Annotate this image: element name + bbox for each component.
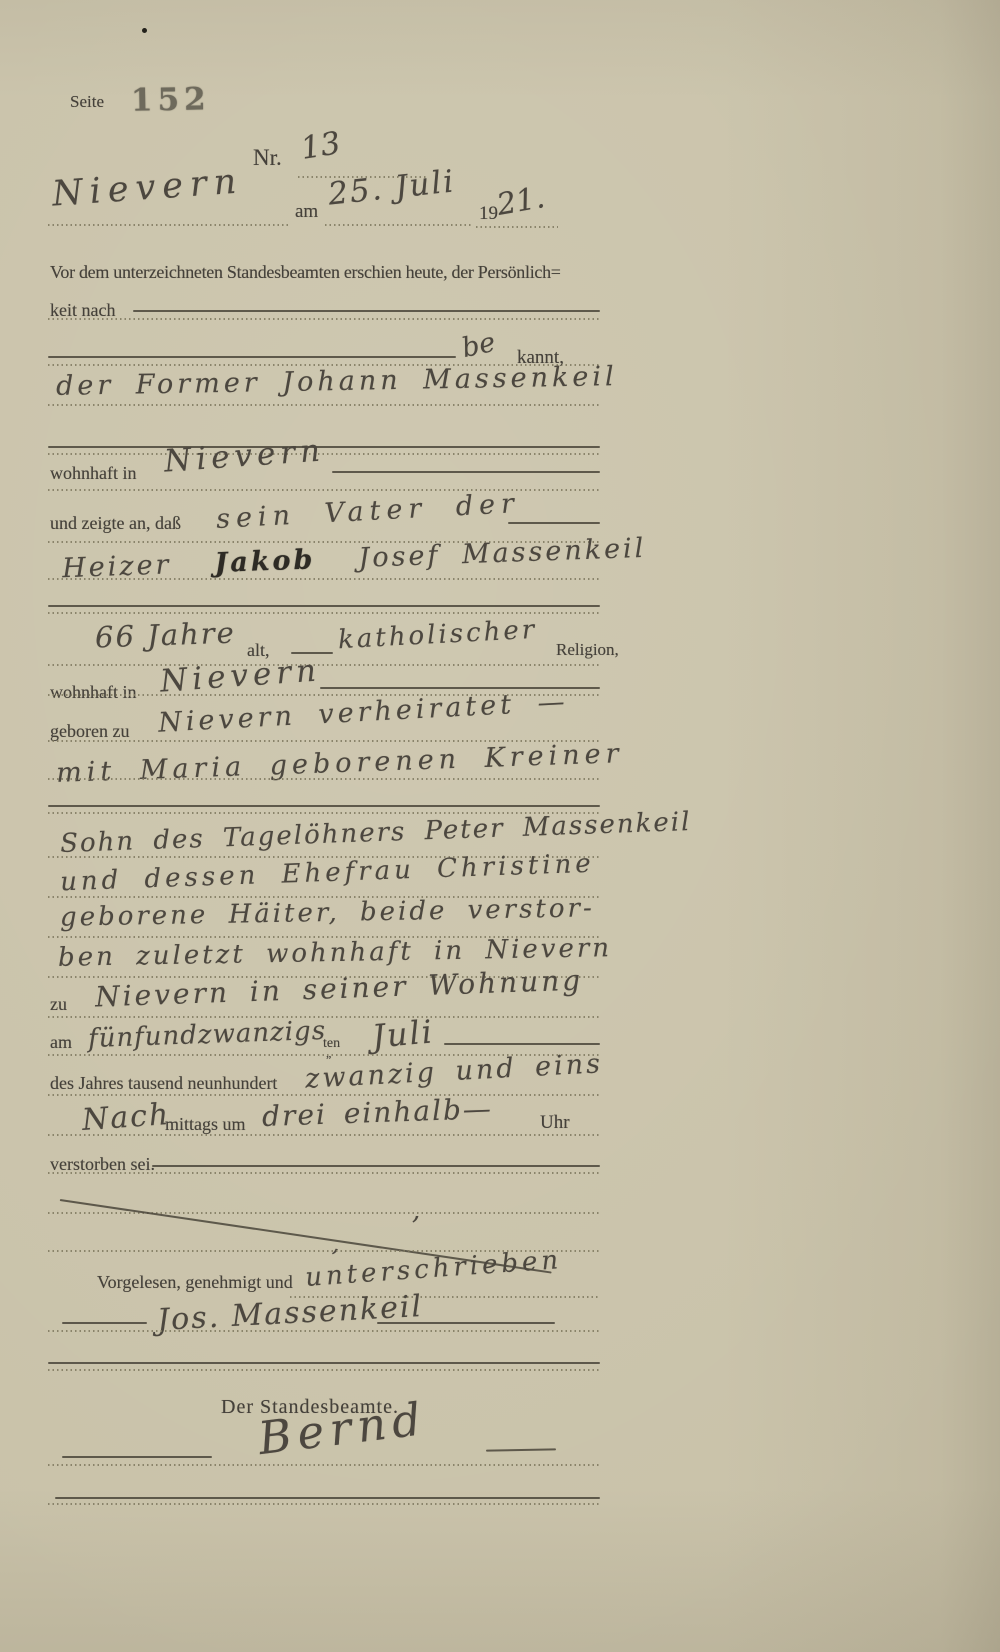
- mittags-label: mittags um: [165, 1114, 246, 1135]
- wohnhaft1-entry: Nievern: [163, 432, 326, 479]
- form-line: [48, 356, 456, 358]
- form-line: [48, 1503, 600, 1505]
- form-line: [325, 224, 473, 226]
- form-line: [508, 522, 600, 524]
- form-line: [62, 1322, 147, 1324]
- form-line: [62, 1456, 212, 1458]
- death-place-entry: Nievern in seiner Wohnung: [95, 963, 584, 1013]
- form-line: [48, 224, 288, 226]
- form-line: [48, 1094, 600, 1096]
- deceased-firstname-overwritten: Jakob: [214, 544, 316, 579]
- form-line: [48, 805, 600, 807]
- unterschrieben-entry: unterschrieben: [304, 1245, 563, 1293]
- form-line: [48, 1212, 600, 1214]
- form-line: [48, 1464, 600, 1466]
- form-line: [133, 310, 600, 312]
- ink-speck: [142, 28, 147, 33]
- religion-label: Religion,: [556, 640, 619, 660]
- form-line: [48, 778, 600, 780]
- zu-label: zu: [50, 994, 67, 1015]
- record-number-label: Nr.: [253, 145, 282, 171]
- uhr-label: Uhr: [540, 1112, 570, 1134]
- form-line: [48, 612, 600, 614]
- stray-comma-mark: ,: [412, 1196, 420, 1226]
- form-line: [48, 1172, 600, 1174]
- year-entry: 21.: [494, 180, 547, 223]
- vorgelesen-label: Vorgelesen, genehmigt und: [97, 1272, 293, 1293]
- wohnhaft2-entry: Nievern: [159, 652, 322, 699]
- nach-entry: Nach: [81, 1097, 171, 1138]
- religion-entry: katholischer: [337, 615, 538, 655]
- form-line: [476, 226, 558, 228]
- intro-line-1: Vor dem unterzeichneten Standesbeamten e…: [50, 262, 561, 283]
- am-label: am: [295, 201, 318, 223]
- wohnhaft1-label: wohnhaft in: [50, 463, 136, 484]
- form-line: [377, 1322, 555, 1324]
- form-line: [48, 664, 600, 666]
- death-register-page: Seite 152 Nr. 13 Nievern am 25. Juli 19 …: [0, 0, 1000, 1652]
- death-day-entry: fünfundzwanzigs: [88, 1016, 327, 1054]
- form-line: [152, 1165, 600, 1167]
- place-entry: Nievern: [51, 161, 245, 214]
- age-entry: 66 Jahre: [94, 616, 236, 655]
- wohnhaft2-label: wohnhaft in: [50, 682, 136, 703]
- deceased-rest-name: Josef Massenkeil: [358, 533, 647, 574]
- form-line: [48, 1362, 600, 1364]
- form-line: [486, 1448, 556, 1451]
- anzeige-entry: sein Vater der: [215, 488, 520, 535]
- form-line: [48, 1330, 600, 1332]
- record-number-value: 13: [298, 125, 343, 167]
- declarant-entry: der Former Johann Massenkeil: [56, 361, 618, 402]
- year-printed: 19: [479, 203, 498, 225]
- parents-line-1: Sohn des Tagelöhners Peter Massenkeil: [60, 807, 692, 859]
- form-line: [48, 404, 600, 406]
- form-line: [48, 605, 600, 607]
- form-line: [48, 1134, 600, 1136]
- bekannt-hand-entry: be: [459, 327, 498, 364]
- geboren-label: geboren zu: [50, 721, 129, 742]
- parents-line-3: geborene Häiter, beide verstor-: [60, 893, 595, 932]
- form-line: [48, 1369, 600, 1371]
- form-line: [48, 578, 600, 580]
- page-number-stamp: 152: [131, 81, 211, 118]
- form-line: [48, 318, 600, 320]
- page-label: Seite: [70, 92, 104, 112]
- time-entry: drei einhalb—: [261, 1092, 493, 1133]
- am2-label: am: [50, 1032, 72, 1053]
- form-line: [55, 1497, 600, 1499]
- date-entry: 25. Juli: [326, 163, 456, 212]
- anzeige-label: und zeigte an, daß: [50, 513, 181, 534]
- married-entry: mit Maria geborenen Kreiner: [56, 738, 624, 789]
- form-line: [444, 1043, 600, 1045]
- death-month-entry: Juli: [370, 1012, 435, 1055]
- form-line: [332, 471, 600, 473]
- jahr-label: des Jahres tausend neunhundert: [50, 1073, 277, 1094]
